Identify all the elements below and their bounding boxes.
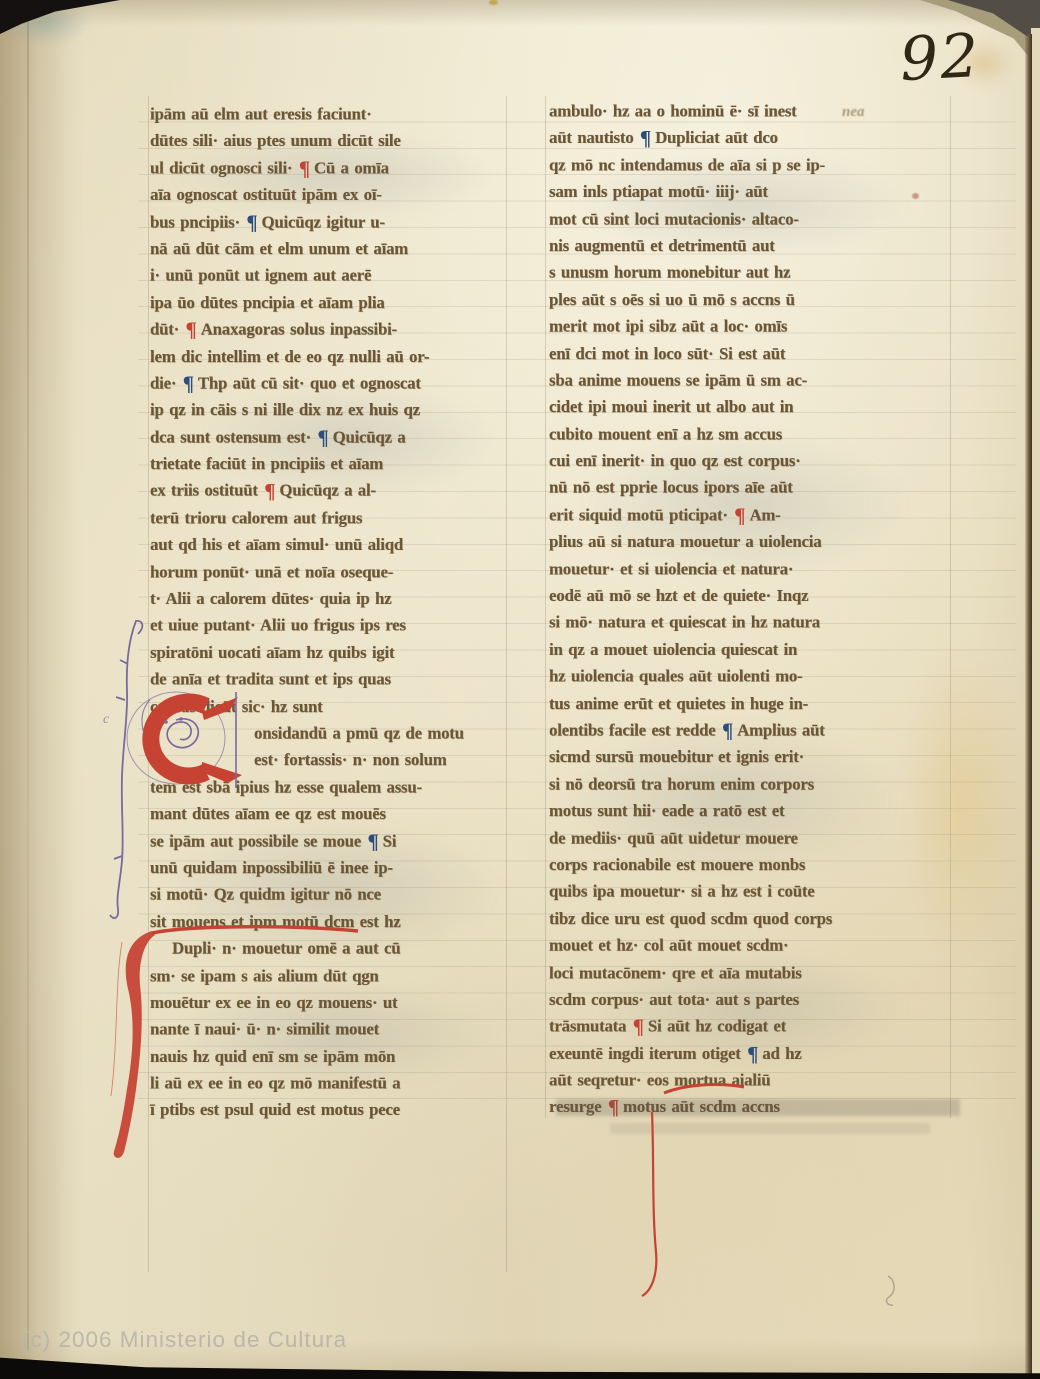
text-line: aīa ognoscat ostituūt ipām ex oī- <box>150 182 528 209</box>
copyright-watermark: (c) 2006 Ministerio de Cultura <box>22 1327 347 1353</box>
text-line: motus sunt hii· eade a ratō est et <box>549 798 949 825</box>
text-line: sit mouens et ipm motū dcm est hz <box>150 909 528 936</box>
text-line: die· ¶Thp aūt cū sit· quo et ognoscat <box>150 370 528 397</box>
text-line: de anīa et tradita sunt et ips quas <box>150 666 528 693</box>
text-line: si motū· Qz quidm igitur nō nce <box>150 882 528 909</box>
paraph-mark-icon: ¶ <box>747 1043 758 1064</box>
text-line: erit siquid motū pticipat· ¶Am- <box>549 502 949 529</box>
text-line: ipa ūo dūtes pncipia et aīam plia <box>150 289 528 316</box>
text-line: t· Alii a calorem dūtes· quia ip hz <box>150 586 528 613</box>
text-line: mouetur· et si uiolencia et natura· <box>549 556 949 583</box>
paraph-mark-icon: ¶ <box>317 427 328 448</box>
paint-speck <box>489 0 498 5</box>
paraph-mark-icon: ¶ <box>633 1016 644 1037</box>
text-line: ī ptibs est psul quid est motus pece <box>150 1097 528 1124</box>
text-line: resurge ¶motus aūt scdm accns <box>549 1094 949 1121</box>
text-line: qz mō nc intendamus de aīa si p se ip- <box>549 152 949 179</box>
text-line: mouētur ex ee in eo qz mouens· ut <box>150 989 528 1016</box>
paraph-mark-icon: ¶ <box>246 212 257 233</box>
text-line: quibs ipa mouetur· si a hz est i coūte <box>549 879 949 906</box>
paraph-mark-icon: ¶ <box>368 831 379 852</box>
text-line: scdm corpus· aut tota· aut s partes <box>549 986 949 1013</box>
text-line: se ipām aut possibile se moue ¶Si <box>150 828 528 855</box>
text-line: sam inls ptiapat motū· iiij· aūt <box>549 179 949 206</box>
text-line: mouet et hz· col aūt mouet scdm· <box>549 932 949 959</box>
text-line: aut qd his et aīam simul· unū aliqd <box>150 532 528 559</box>
folio-number: 92 <box>898 19 1021 95</box>
text-line: exeuntē ingdi iterum otiget ¶ad hz <box>549 1040 949 1067</box>
ruling-line-vertical <box>950 96 951 1118</box>
text-line: tibz dice uru est quod scdm quod corps <box>549 906 949 933</box>
text-line: cubito mouent enī a hz sm accus <box>549 421 949 448</box>
text-line: horum ponūt· unā et noīa oseque- <box>150 559 528 586</box>
text-line: corps racionabile est mouere monbs <box>549 852 949 879</box>
text-line: onsidandū a pmū qz de motu <box>150 720 528 747</box>
paraph-mark-icon: ¶ <box>722 720 733 741</box>
paraph-mark-icon: ¶ <box>608 1097 619 1118</box>
text-line: bus pncipiis· ¶Quicūqz igitur u- <box>150 209 528 236</box>
text-line: nauis hz quid enī sm se ipām mōn <box>150 1043 528 1070</box>
ruling-line-vertical <box>148 96 149 1272</box>
text-line: hz uiolencia quales aūt uiolenti mo- <box>549 663 949 690</box>
text-line: olentibs facile est redde ¶Amplius aūt <box>549 717 949 744</box>
text-line: trāsmutata ¶Si aūt hz codigat et <box>549 1013 949 1040</box>
text-column-right: ambulo· hz aa o hominū ē· sī inestaūt na… <box>549 98 949 1121</box>
teal-smudge-stain <box>0 0 92 44</box>
text-line: nū nō est pprie locus ipors aīe aūt <box>549 475 949 502</box>
pen-scribble-icon <box>886 1276 894 1305</box>
text-line: est· fortassis· n· non solum <box>150 747 528 774</box>
text-line: ambulo· hz aa o hominū ē· sī inest <box>549 98 949 125</box>
text-line: enī dci mot in loco sūt· Si est aūt <box>549 340 949 367</box>
text-line: de mediis· quū aūt uidetur mouere <box>549 825 949 852</box>
parchment-page: 92 nea ipām aū elm aut eresis faciunt·dū… <box>0 0 1040 1379</box>
text-line: nis augmentū et detrimentū aut <box>549 233 949 260</box>
text-line: li aū ex ee in eo qz mō manifestū a <box>150 1070 528 1097</box>
text-line: ex triis ostituūt ¶Quicūqz a al- <box>150 478 528 505</box>
binding-gutter-shadow <box>0 0 85 1379</box>
manuscript-photo: 92 nea ipām aū elm aut eresis faciunt·dū… <box>0 0 1040 1379</box>
text-line: s unusm horum monebitur aut hz <box>549 260 949 287</box>
text-line: eodē aū mō se hzt et de quiete· Inqz <box>549 583 949 610</box>
text-line: cidet ipi moui inerit ut albo aut in <box>549 394 949 421</box>
text-line: dca sunt ostensum est· ¶Quicūqz a <box>150 424 528 451</box>
text-line: ul dicūt ognosci sili· ¶Cū a omīa <box>150 155 528 182</box>
text-line: lem dic intellim et de eo qz nulli aū or… <box>150 343 528 370</box>
text-line: spiratōni uocati aīam hz quibs igit <box>150 639 528 666</box>
margin-guide-letter: c <box>103 712 110 727</box>
text-line: ipām aū elm aut eresis faciunt· <box>150 101 528 128</box>
text-line: i· unū ponūt ut ignem aut aerē <box>150 263 528 290</box>
paraph-mark-icon: ¶ <box>734 505 745 526</box>
text-line: sicmd sursū mouebitur et ignis erit· <box>549 744 949 771</box>
ruling-line-vertical <box>545 96 546 1118</box>
text-line: sm· se ipam s ais alium dūt qgn <box>150 962 528 989</box>
paraph-mark-icon: ¶ <box>186 319 197 340</box>
text-line: si mō· natura et quiescat in hz natura <box>549 609 949 636</box>
text-line: cui enī inerit· in quo qz est corpus· <box>549 448 949 475</box>
text-line: nā aū dūt cām et elm unum et aīam <box>150 236 528 263</box>
parchment-fold-line <box>27 20 29 1350</box>
text-line: ples aūt s oēs si uo ū mō s accns ū <box>549 286 949 313</box>
text-line: trietate faciūt in pncipiis et aīam <box>150 451 528 478</box>
text-line: sba anime mouens se ipām ū sm ac- <box>549 367 949 394</box>
text-line: unū quidam inpossibiliū ē inee ip- <box>150 855 528 882</box>
text-line: tem est sbā ipius hz esse qualem assu- <box>150 774 528 801</box>
paraph-mark-icon: ¶ <box>299 158 310 179</box>
text-line: in qz a mouet uiolencia quiescat in <box>549 636 949 663</box>
text-line: mant dūtes aīam ee qz est mouēs <box>150 801 528 828</box>
text-line: tus anime erūt et quietes in huge in- <box>549 690 949 717</box>
text-line: mot cū sint loci mutacionis· altaco- <box>549 206 949 233</box>
text-line: Dupli· n· mouetur omē a aut cū <box>150 935 528 962</box>
text-line: dūtes sili· aius ptes unum dicūt sile <box>150 128 528 155</box>
text-line: loci mutacōnem· qre et aīa mutabis <box>549 959 949 986</box>
text-line: aūt nautisto ¶Dupliciat aūt dco <box>549 125 949 152</box>
paraph-mark-icon: ¶ <box>264 481 275 502</box>
text-line: nante ī naui· ū· n· similit mouet <box>150 1016 528 1043</box>
text-line: et uiue putant· Alii uo frigus ips res <box>150 612 528 639</box>
text-line: aūt seqretur· eos mortua aialiū <box>549 1067 949 1094</box>
text-line: causas dicūt sic· hz sunt <box>150 693 528 720</box>
text-line: ip qz in cāis s ni ille dix nz ex huis q… <box>150 397 528 424</box>
text-line: merit mot ipi sibz aūt a loc· omīs <box>549 313 949 340</box>
text-line: si nō deorsū tra horum enim corpors <box>549 771 949 798</box>
offset-text-ghost <box>610 1123 930 1134</box>
text-line: dūt· ¶Anaxagoras solus inpassibi- <box>150 316 528 343</box>
text-line: terū trioru calorem aut frigus <box>150 505 528 532</box>
paraph-mark-icon: ¶ <box>183 373 194 394</box>
text-column-left: ipām aū elm aut eresis faciunt·dūtes sil… <box>150 101 528 1124</box>
paraph-mark-icon: ¶ <box>640 128 651 149</box>
text-line: plius aū si natura mouetur a uiolencia <box>549 529 949 556</box>
